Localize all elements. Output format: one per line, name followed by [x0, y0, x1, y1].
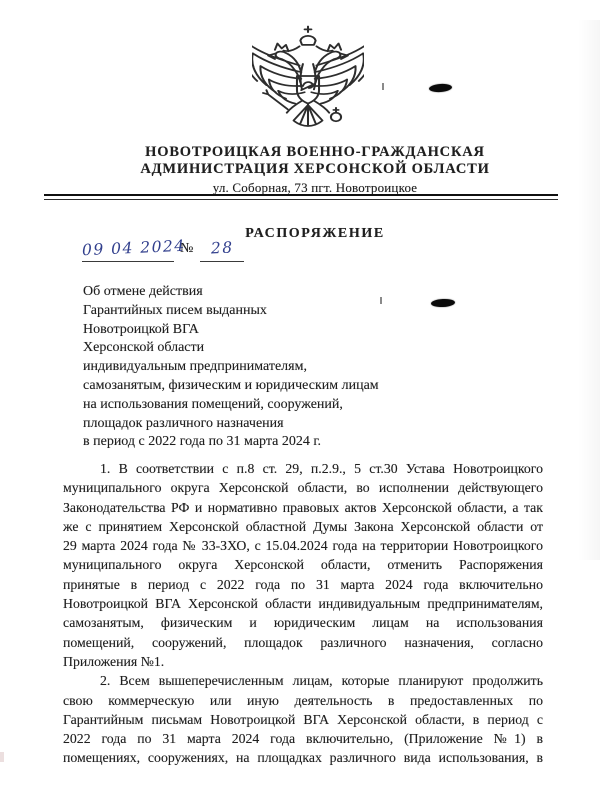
body-line: Гарантийным письмам Новотроицкой ВГА Хер…: [63, 710, 543, 729]
organization-name-line2: АДМИНИСТРАЦИЯ ХЕРСОНСКОЙ ОБЛАСТИ: [30, 161, 600, 178]
coat-of-arms-eagle: [252, 23, 364, 129]
handwritten-date: 09 04 2024: [82, 237, 186, 260]
body-line: 2. Всем вышеперечисленным лицам, которые…: [63, 671, 543, 690]
body-line: 29 марта 2024 года № 33-ЗХО, с 15.04.202…: [63, 536, 543, 555]
body-line: принятые в период с 2022 года по 31 март…: [63, 575, 543, 594]
letterhead-divider: [44, 194, 558, 200]
letterhead: НОВОТРОИЦКАЯ ВОЕННО-ГРАЖДАНСКАЯ АДМИНИСТ…: [30, 144, 600, 196]
organization-name-line1: НОВОТРОИЦКАЯ ВОЕННО-ГРАЖДАНСКАЯ: [30, 144, 600, 161]
paragraph-1: 1. В соответствии с п.8 ст. 29, п.2.9., …: [63, 459, 543, 671]
body-line: самозанятым, физическим и юридическим ли…: [63, 613, 543, 632]
body-line: помещений, сооружений, площадок различно…: [63, 633, 543, 652]
handwritten-number: 28: [211, 239, 234, 258]
subject-line: площадок различного назначения: [83, 415, 428, 434]
date-number-row: 09 04 2024№28: [82, 240, 244, 264]
body-line: Законодательства РФ и нормативно правовы…: [63, 498, 543, 517]
scan-artifact: [0, 752, 4, 762]
double-headed-eagle-icon: [252, 23, 364, 129]
body-line: свою коммерческую или иную деятельность …: [63, 691, 543, 710]
scanned-document-page: НОВОТРОИЦКАЯ ВОЕННО-ГРАЖДАНСКАЯ АДМИНИСТ…: [0, 0, 600, 800]
subject-line: Об отмене действия: [83, 283, 428, 302]
subject-line: индивидуальным предпринимателям,: [83, 358, 428, 377]
scan-artifact: [431, 298, 455, 307]
body-line: Приложения №1.: [63, 652, 543, 671]
body-line: помещениях, сооружениях, на площадках ра…: [63, 748, 543, 767]
subject-line: самозанятым, физическим и юридическим ли…: [83, 377, 428, 396]
body-line: муниципального округа Херсонской области…: [63, 478, 543, 497]
scan-shadow-band: [578, 20, 600, 560]
scan-artifact: [380, 297, 382, 304]
subject-line: Гарантийных писем выданных: [83, 302, 428, 321]
subject-line: Херсонской области: [83, 339, 428, 358]
body-line: 1. В соответствии с п.8 ст. 29, п.2.9., …: [63, 459, 543, 478]
date-underline: 09 04 2024: [82, 240, 174, 262]
scan-artifact: [382, 83, 384, 90]
body-line: муниципального округа Херсонской области…: [63, 555, 543, 574]
subject-line: Новотроицкой ВГА: [83, 321, 428, 340]
body-line: же с принятием Херсонской областной Думы…: [63, 517, 543, 536]
subject-line: в период с 2022 года по 31 марта 2024 г.: [83, 433, 428, 452]
subject-block: Об отмене действия Гарантийных писем выд…: [83, 283, 428, 452]
paragraph-2: 2. Всем вышеперечисленным лицам, которые…: [63, 671, 543, 767]
number-underline: 28: [200, 240, 244, 262]
body-line: 2022 года по 31 марта 2024 года включите…: [63, 729, 543, 748]
body-text: 1. В соответствии с п.8 ст. 29, п.2.9., …: [63, 459, 543, 768]
scan-artifact: [429, 83, 453, 93]
body-line: Новотроицкой ВГА Херсонской области инди…: [63, 594, 543, 613]
subject-line: на использования помещений, сооружений,: [83, 396, 428, 415]
